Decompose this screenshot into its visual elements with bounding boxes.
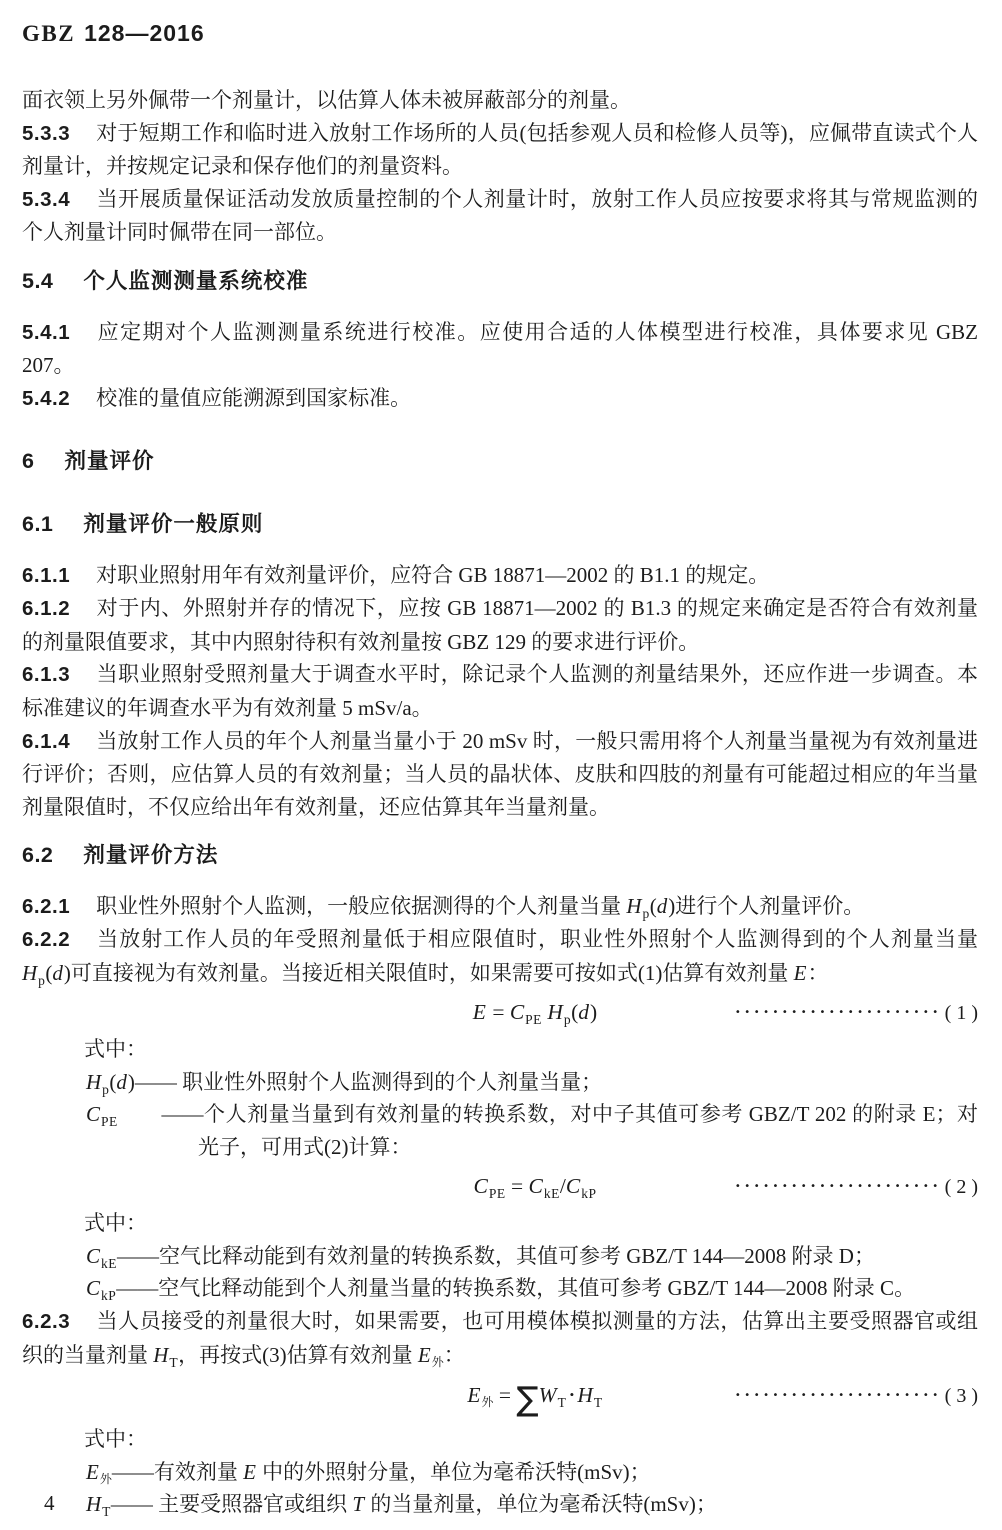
text-run: 对职业照射用年有效剂量评价，应符合 GB 18871—2002 的 B1.1 的… bbox=[96, 563, 769, 587]
text-run: 职业性外照射个人监测，一般应依据测得的个人剂量当量 bbox=[96, 894, 626, 918]
formula-equation: E外 = ∑WT • HT bbox=[467, 1383, 602, 1407]
text-run: C bbox=[86, 1276, 101, 1300]
text-run: H bbox=[547, 1000, 564, 1024]
standard-number: 128—2016 bbox=[84, 20, 205, 46]
def-Ewai: E外——有效剂量 E 中的外照射分量，单位为毫希沃特(mSv)； bbox=[22, 1456, 978, 1489]
formula-number: ( 3 ) bbox=[945, 1385, 978, 1407]
text-run: H bbox=[153, 1343, 169, 1367]
text-run: = bbox=[487, 1000, 510, 1024]
heading-5.4: 5.4个人监测测量系统校准 bbox=[22, 265, 978, 298]
text-run: T bbox=[594, 1395, 603, 1410]
text-run: p bbox=[643, 906, 650, 921]
def-CkE: CkE——空气比释动能到有效剂量的转换系数，其值可参考 GBZ/T 144—20… bbox=[22, 1240, 978, 1273]
formula-2: CPE = CkE/CkP••••••••••••••••••••••( 2 ) bbox=[22, 1170, 978, 1203]
clause-5.3.3: 5.3.3对于短期工作和临时进入放射工作场所的人员(包括参观人员和检修人员等)，… bbox=[22, 117, 978, 183]
text-run: kE bbox=[101, 1256, 117, 1271]
text-run: ： bbox=[807, 961, 828, 985]
document-header: GBZ128—2016 bbox=[22, 20, 205, 47]
text-run: 当放射工作人员的年个人剂量当量小于 20 mSv 时，一般只需用将个人剂量当量视… bbox=[22, 729, 978, 819]
text-run: 校准的量值应能溯源到国家标准。 bbox=[96, 386, 411, 410]
formula-number: ( 2 ) bbox=[945, 1176, 978, 1198]
text-run: T bbox=[169, 1355, 178, 1370]
text-run: kP bbox=[101, 1288, 116, 1303]
text-run: H bbox=[577, 1383, 594, 1407]
text-run: 应定期对个人监测测量系统进行校准。应使用合适的人体模型进行校准，具体要求见 GB… bbox=[22, 320, 978, 378]
text-run: / bbox=[560, 1174, 566, 1198]
text-run: ——空气比释动能到个人剂量当量的转换系数，其值可参考 GBZ/T 144—200… bbox=[116, 1276, 915, 1300]
text-run: E bbox=[473, 1000, 487, 1024]
def-CkP: CkP——空气比释动能到个人剂量当量的转换系数，其值可参考 GBZ/T 144—… bbox=[22, 1272, 978, 1305]
formula-leader: ••••••••••••••••••••••( 1 ) bbox=[735, 996, 978, 1030]
def-CPE: CPE ——个人剂量当量到有效剂量的转换系数，对中子其值可参考 GBZ/T 20… bbox=[22, 1098, 978, 1163]
formula-equation: CPE = CkE/CkP bbox=[474, 1174, 597, 1198]
text-run: d bbox=[578, 1000, 590, 1024]
clause-number: 6.2 bbox=[22, 843, 53, 867]
formula-number: ( 1 ) bbox=[945, 1002, 978, 1024]
text-run: ( bbox=[650, 894, 657, 918]
text-run: PE bbox=[489, 1186, 506, 1201]
text-run: C bbox=[474, 1174, 489, 1198]
text-run: ——个人剂量当量到有效剂量的转换系数，对中子其值可参考 GBZ/T 202 的附… bbox=[118, 1102, 978, 1159]
text-run: 外 bbox=[100, 1472, 112, 1486]
text-run: E bbox=[794, 961, 808, 985]
clause-number: 6.1.1 bbox=[22, 564, 70, 587]
text-run: E bbox=[467, 1383, 481, 1407]
text-run: 当职业照射受照剂量大于调查水平时，除记录个人监测的剂量结果外，还应作进一步调查。… bbox=[22, 662, 978, 720]
text-run: 外 bbox=[481, 1395, 493, 1409]
clause-6.1.1: 6.1.1对职业照射用年有效剂量评价，应符合 GB 18871—2002 的 B… bbox=[22, 559, 978, 593]
text-run: C bbox=[510, 1000, 525, 1024]
text-run: 对于短期工作和临时进入放射工作场所的人员(包括参观人员和检修人员等)，应佩带直读… bbox=[22, 121, 978, 179]
text-run: C bbox=[529, 1174, 544, 1198]
formula-3: E外 = ∑WT • HT••••••••••••••••••••••( 3 ) bbox=[22, 1373, 978, 1417]
clause-6.2.2: 6.2.2当放射工作人员的年受照剂量低于相应限值时，职业性外照射个人监测得到的个… bbox=[22, 923, 978, 989]
para-continuation: 面衣领上另外佩带一个剂量计，以估算人体未被屏蔽部分的剂量。 bbox=[22, 84, 978, 117]
formula-intro-3: 式中： bbox=[22, 1423, 978, 1456]
formula-leader: ••••••••••••••••••••••( 2 ) bbox=[735, 1170, 978, 1204]
text-run: )—— 职业性外照射个人监测得到的个人剂量当量； bbox=[128, 1070, 602, 1094]
text-run: d bbox=[657, 894, 669, 918]
text-run: p bbox=[564, 1012, 571, 1027]
def-HT: HT—— 主要受照器官或组织 T 的当量剂量，单位为毫希沃特(mSv)； bbox=[22, 1488, 978, 1521]
text-run: d bbox=[116, 1070, 128, 1094]
heading-6: 6剂量评价 bbox=[22, 445, 978, 478]
text-run: kP bbox=[581, 1186, 596, 1201]
clause-5.3.4: 5.3.4当开展质量保证活动发放质量控制的个人剂量计时，放射工作人员应按要求将其… bbox=[22, 183, 978, 249]
text-run: 剂量评价 bbox=[64, 449, 154, 473]
text-run: 剂量评价方法 bbox=[83, 843, 218, 867]
clause-5.4.2: 5.4.2校准的量值应能溯源到国家标准。 bbox=[22, 382, 978, 416]
clause-number: 6.2.1 bbox=[22, 895, 70, 918]
clause-number: 5.4.2 bbox=[22, 387, 70, 410]
text-run: 的当量剂量，单位为毫希沃特(mSv)； bbox=[365, 1492, 717, 1516]
clause-6.1.3: 6.1.3当职业照射受照剂量大于调查水平时，除记录个人监测的剂量结果外，还应作进… bbox=[22, 658, 978, 724]
text-run: )可直接视为有效剂量。当接近相关限值时，如果需要可按如式(1)估算有效剂量 bbox=[64, 961, 794, 985]
leader-dots: •••••••••••••••••••••• bbox=[735, 1007, 942, 1018]
document-page: GBZ128—2016 面衣领上另外佩带一个剂量计，以估算人体未被屏蔽部分的剂量… bbox=[0, 0, 1002, 1530]
text-run: C bbox=[566, 1174, 581, 1198]
clause-6.1.4: 6.1.4当放射工作人员的年个人剂量当量小于 20 mSv 时，一般只需用将个人… bbox=[22, 725, 978, 824]
clause-6.2.3: 6.2.3当人员接受的剂量很大时，如果需要，也可用模体模拟测量的方法，估算出主要… bbox=[22, 1305, 978, 1371]
text-run: PE bbox=[525, 1012, 542, 1027]
text-run: 剂量评价一般原则 bbox=[83, 512, 263, 536]
text-run: ，再按式(3)估算有效剂量 bbox=[178, 1343, 418, 1367]
text-run: d bbox=[52, 961, 64, 985]
clause-number: 5.4 bbox=[22, 269, 53, 293]
standard-code: GBZ bbox=[22, 21, 75, 46]
def-Hpd: Hp(d)—— 职业性外照射个人监测得到的个人剂量当量； bbox=[22, 1066, 978, 1099]
text-run: 当开展质量保证活动发放质量控制的个人剂量计时，放射工作人员应按要求将其与常规监测… bbox=[22, 187, 978, 245]
text-run: T bbox=[102, 1504, 111, 1519]
text-run: C bbox=[86, 1244, 101, 1268]
text-run: 当放射工作人员的年受照剂量低于相应限值时，职业性外照射个人监测得到的个人剂量当量 bbox=[96, 927, 978, 951]
text-run: T bbox=[352, 1492, 365, 1516]
text-run: 式中： bbox=[84, 1037, 147, 1061]
text-run: = bbox=[506, 1174, 529, 1198]
clause-number: 5.4.1 bbox=[22, 321, 70, 344]
text-run: E bbox=[418, 1343, 432, 1367]
text-run: • bbox=[566, 1387, 577, 1402]
clause-number: 6.1.4 bbox=[22, 730, 70, 753]
text-run: kE bbox=[544, 1186, 560, 1201]
clause-number: 6 bbox=[22, 449, 34, 473]
formula-leader: ••••••••••••••••••••••( 3 ) bbox=[735, 1373, 978, 1418]
text-run: 面衣领上另外佩带一个剂量计，以估算人体未被屏蔽部分的剂量。 bbox=[22, 88, 631, 112]
clause-number: 6.1.2 bbox=[22, 597, 70, 620]
text-run: H bbox=[86, 1070, 102, 1094]
text-run: E bbox=[86, 1460, 100, 1484]
text-run: T bbox=[558, 1395, 567, 1410]
formula-intro-2: 式中： bbox=[22, 1207, 978, 1240]
text-run: ： bbox=[444, 1343, 465, 1367]
text-run: 外 bbox=[432, 1355, 444, 1369]
clause-number: 6.1 bbox=[22, 512, 53, 536]
clause-number: 6.2.2 bbox=[22, 928, 70, 951]
text-run: 个人监测测量系统校准 bbox=[83, 269, 308, 293]
clause-number: 6.2.3 bbox=[22, 1310, 70, 1333]
text-run: E bbox=[243, 1460, 257, 1484]
clause-6.1.2: 6.1.2对于内、外照射并存的情况下，应按 GB 18871—2002 的 B1… bbox=[22, 592, 978, 658]
text-run: PE bbox=[101, 1114, 118, 1129]
text-run: ——有效剂量 bbox=[112, 1460, 243, 1484]
text-run: = bbox=[494, 1383, 517, 1407]
formula-1: E = CPE Hp(d)••••••••••••••••••••••( 1 ) bbox=[22, 996, 978, 1029]
text-run: —— 主要受照器官或组织 bbox=[111, 1492, 353, 1516]
formula-intro-1: 式中： bbox=[22, 1033, 978, 1066]
clause-6.2.1: 6.2.1职业性外照射个人监测，一般应依据测得的个人剂量当量 Hp(d)进行个人… bbox=[22, 890, 978, 924]
formula-equation: E = CPE Hp(d) bbox=[473, 1000, 597, 1024]
text-run: ∑ bbox=[516, 1379, 538, 1418]
text-run: 式中： bbox=[84, 1427, 147, 1451]
document-content: 面衣领上另外佩带一个剂量计，以估算人体未被屏蔽部分的剂量。5.3.3对于短期工作… bbox=[22, 84, 978, 1521]
leader-dots: •••••••••••••••••••••• bbox=[735, 1181, 942, 1192]
text-run: H bbox=[22, 961, 38, 985]
text-run: H bbox=[626, 894, 642, 918]
heading-6.2: 6.2剂量评价方法 bbox=[22, 839, 978, 872]
page-number: 4 bbox=[44, 1491, 55, 1516]
text-run: W bbox=[539, 1383, 558, 1407]
text-run: 对于内、外照射并存的情况下，应按 GB 18871—2002 的 B1.3 的规… bbox=[22, 596, 978, 654]
text-run: ——空气比释动能到有效剂量的转换系数，其值可参考 GBZ/T 144—2008 … bbox=[117, 1244, 875, 1268]
clause-5.4.1: 5.4.1应定期对个人监测测量系统进行校准。应使用合适的人体模型进行校准，具体要… bbox=[22, 316, 978, 382]
text-run: H bbox=[86, 1492, 102, 1516]
heading-6.1: 6.1剂量评价一般原则 bbox=[22, 508, 978, 541]
text-run: C bbox=[86, 1102, 101, 1126]
clause-number: 5.3.3 bbox=[22, 122, 70, 145]
text-run: )进行个人剂量评价。 bbox=[668, 894, 864, 918]
text-run: ) bbox=[590, 1000, 597, 1024]
leader-dots: •••••••••••••••••••••• bbox=[735, 1390, 942, 1401]
text-run: 式中： bbox=[84, 1211, 147, 1235]
clause-number: 6.1.3 bbox=[22, 663, 70, 686]
clause-number: 5.3.4 bbox=[22, 188, 70, 211]
text-run: 中的外照射分量，单位为毫希沃特(mSv)； bbox=[257, 1460, 651, 1484]
